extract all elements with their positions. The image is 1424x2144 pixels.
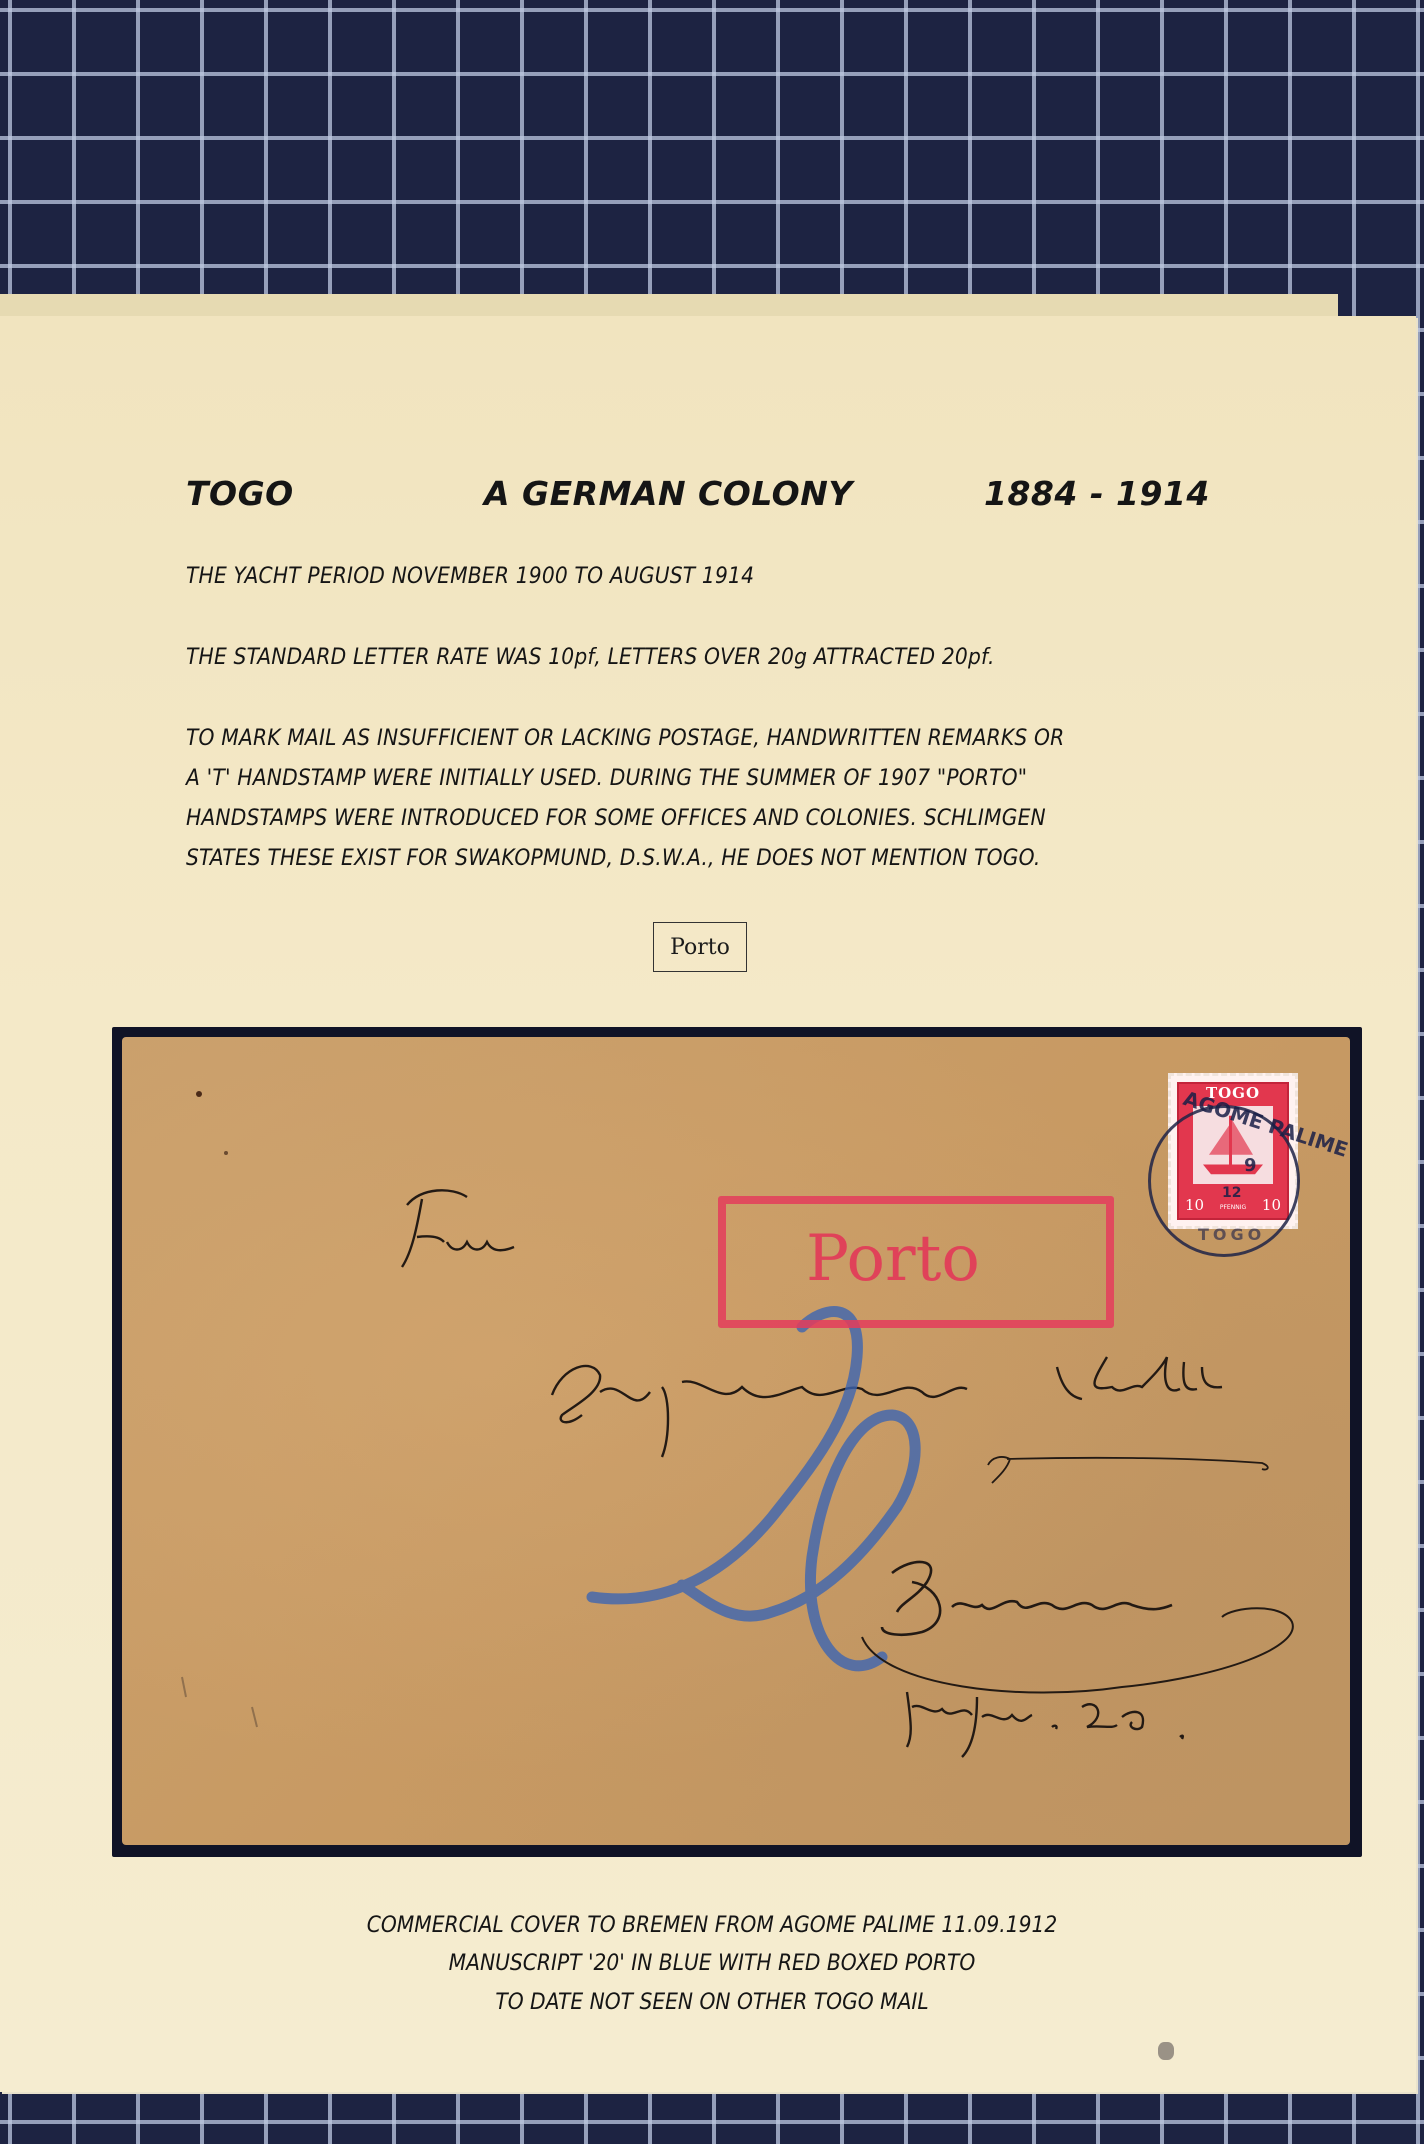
postmark-year: 12 [1222,1185,1241,1201]
header-subtitle: A GERMAN COLONY [484,474,853,513]
header-years: 1884 - 1914 [984,474,1210,513]
caption-line: MANUSCRIPT '20' IN BLUE WITH RED BOXED P… [252,1951,1172,1976]
caption-line: TO DATE NOT SEEN ON OTHER TOGO MAIL [252,1990,1172,2015]
paragraph-line: TO MARK MAIL AS INSUFFICIENT OR LACKING … [186,726,1064,751]
page-stain [1158,2042,1174,2060]
red-porto-handstamp-text: Porto [806,1222,980,1296]
postmark-bottom: TOGO [1198,1225,1265,1244]
period-line: THE YACHT PERIOD NOVEMBER 1900 TO AUGUST… [186,564,754,589]
paragraph-line: HANDSTAMPS WERE INTRODUCED FOR SOME OFFI… [186,806,1046,831]
postmark-day: 9 [1244,1155,1257,1176]
paragraph-line: STATES THESE EXIST FOR SWAKOPMUND, D.S.W… [186,846,1041,871]
paragraph-line: A 'T' HANDSTAMP WERE INITIALLY USED. DUR… [186,766,1027,791]
header-country: TOGO [186,474,294,513]
porto-sample-label: Porto [653,922,747,972]
rate-line: THE STANDARD LETTER RATE WAS 10pf, LETTE… [186,645,995,670]
caption-line: COMMERCIAL COVER TO BREMEN FROM AGOME PA… [252,1913,1172,1938]
porto-sample-text: Porto [670,935,730,960]
